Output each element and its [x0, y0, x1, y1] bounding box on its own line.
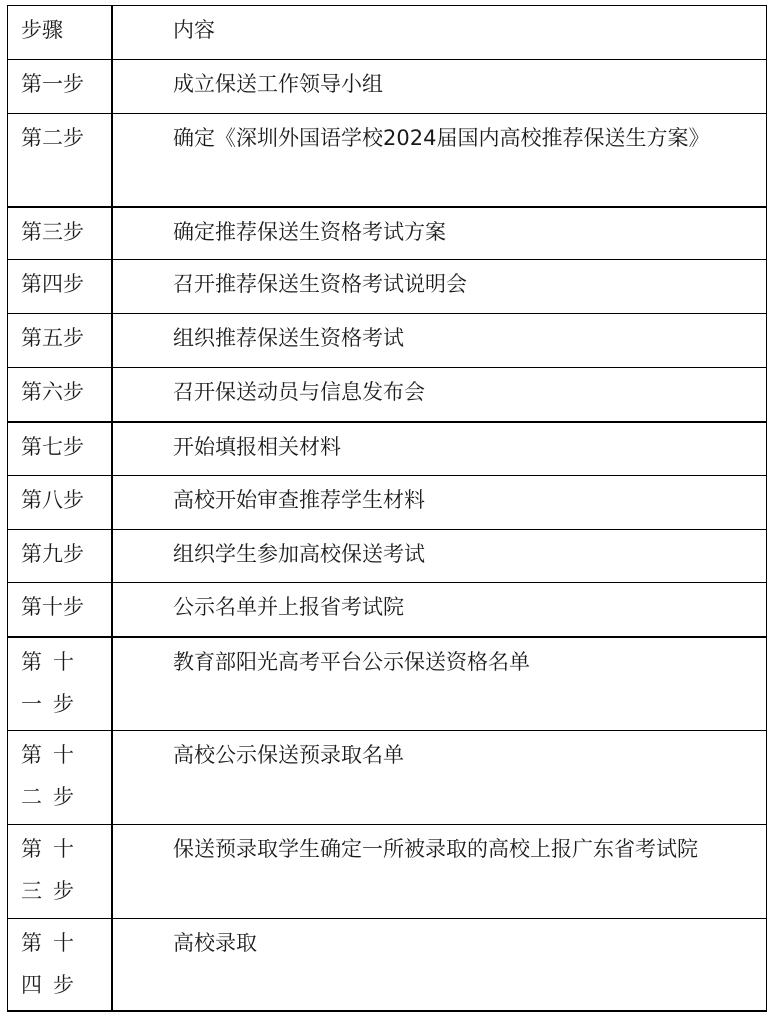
content-cell: 成立保送工作领导小组 — [113, 60, 766, 113]
table-row: 第五步 组织推荐保送生资格考试 — [8, 313, 766, 367]
content-cell: 组织学生参加高校保送考试 — [113, 530, 766, 582]
content-text: 保送预录取学生确定一所被录取的高校上报广东省考试院 — [125, 828, 758, 870]
step-cell: 第十步 — [8, 583, 113, 636]
step-label: 第十四步 — [21, 931, 85, 997]
step-label: 第九步 — [21, 542, 84, 566]
step-cell: 第十二步 — [8, 731, 113, 824]
content-text: 开始填报相关材料 — [125, 426, 758, 468]
step-label: 第四步 — [21, 272, 84, 296]
table-row: 第十步 公示名单并上报省考试院 — [8, 582, 766, 636]
step-cell: 第八步 — [8, 476, 113, 529]
content-cell: 高校开始审查推荐学生材料 — [113, 476, 766, 529]
step-label: 第六步 — [21, 380, 84, 404]
step-label: 第二步 — [21, 126, 84, 150]
content-cell: 高校公示保送预录取名单 — [113, 731, 766, 824]
table-row: 第十一步 教育部阳光高考平台公示保送资格名单 — [8, 636, 766, 730]
content-text: 公示名单并上报省考试院 — [125, 586, 758, 628]
step-cell: 第三步 — [8, 208, 113, 259]
content-cell: 公示名单并上报省考试院 — [113, 583, 766, 636]
content-cell: 召开推荐保送生资格考试说明会 — [113, 260, 766, 313]
header-content-label: 内容 — [125, 9, 758, 51]
content-text: 确定推荐保送生资格考试方案 — [125, 211, 758, 253]
table-row: 第八步 高校开始审查推荐学生材料 — [8, 475, 766, 529]
step-cell: 第九步 — [8, 530, 113, 582]
content-cell: 开始填报相关材料 — [113, 423, 766, 475]
table-row: 第四步 召开推荐保送生资格考试说明会 — [8, 259, 766, 313]
content-cell: 教育部阳光高考平台公示保送资格名单 — [113, 638, 766, 730]
step-cell: 第十四步 — [8, 919, 113, 1010]
content-text: 成立保送工作领导小组 — [125, 63, 758, 105]
step-cell: 第四步 — [8, 260, 113, 313]
table-row: 第七步 开始填报相关材料 — [8, 421, 766, 475]
step-cell: 第十三步 — [8, 825, 113, 918]
steps-table: 步骤 内容 第一步 成立保送工作领导小组 第二步 确定《深圳外国语学校2024届… — [7, 5, 767, 1012]
step-label: 第五步 — [21, 326, 84, 350]
table-row: 第十二步 高校公示保送预录取名单 — [8, 730, 766, 824]
content-text: 召开保送动员与信息发布会 — [125, 371, 758, 413]
table-header-row: 步骤 内容 — [8, 6, 766, 59]
table-row: 第十三步 保送预录取学生确定一所被录取的高校上报广东省考试院 — [8, 824, 766, 918]
header-step: 步骤 — [8, 6, 113, 59]
step-cell: 第七步 — [8, 423, 113, 475]
content-text: 组织推荐保送生资格考试 — [125, 317, 758, 359]
step-cell: 第一步 — [8, 60, 113, 113]
step-label: 第一步 — [21, 72, 84, 96]
content-text: 教育部阳光高考平台公示保送资格名单 — [125, 641, 758, 683]
step-label: 第十步 — [21, 595, 84, 619]
step-label: 第十一步 — [21, 650, 85, 716]
content-text: 召开推荐保送生资格考试说明会 — [125, 263, 758, 305]
step-cell: 第六步 — [8, 368, 113, 421]
header-content: 内容 — [113, 6, 766, 59]
step-label: 第三步 — [21, 220, 84, 244]
content-cell: 组织推荐保送生资格考试 — [113, 314, 766, 367]
step-cell: 第五步 — [8, 314, 113, 367]
table-row: 第三步 确定推荐保送生资格考试方案 — [8, 206, 766, 259]
content-cell: 召开保送动员与信息发布会 — [113, 368, 766, 421]
table-row: 第九步 组织学生参加高校保送考试 — [8, 529, 766, 582]
table-row: 第二步 确定《深圳外国语学校2024届国内高校推荐保送生方案》 — [8, 113, 766, 206]
content-text: 确定《深圳外国语学校2024届国内高校推荐保送生方案》 — [125, 117, 758, 159]
step-label: 第八步 — [21, 488, 84, 512]
step-cell: 第十一步 — [8, 638, 113, 730]
content-text: 高校开始审查推荐学生材料 — [125, 479, 758, 521]
step-label: 第七步 — [21, 435, 84, 459]
content-text: 高校录取 — [125, 922, 758, 964]
step-label: 第十三步 — [21, 837, 85, 903]
table-row: 第六步 召开保送动员与信息发布会 — [8, 367, 766, 421]
content-text: 高校公示保送预录取名单 — [125, 734, 758, 776]
content-cell: 高校录取 — [113, 919, 766, 1010]
step-label: 第十二步 — [21, 743, 85, 809]
content-text: 组织学生参加高校保送考试 — [125, 533, 758, 575]
content-cell: 保送预录取学生确定一所被录取的高校上报广东省考试院 — [113, 825, 766, 918]
content-cell: 确定《深圳外国语学校2024届国内高校推荐保送生方案》 — [113, 114, 766, 206]
content-cell: 确定推荐保送生资格考试方案 — [113, 208, 766, 259]
header-step-label: 步骤 — [21, 18, 63, 42]
table-row: 第一步 成立保送工作领导小组 — [8, 59, 766, 113]
step-cell: 第二步 — [8, 114, 113, 206]
table-row: 第十四步 高校录取 — [8, 918, 766, 1010]
